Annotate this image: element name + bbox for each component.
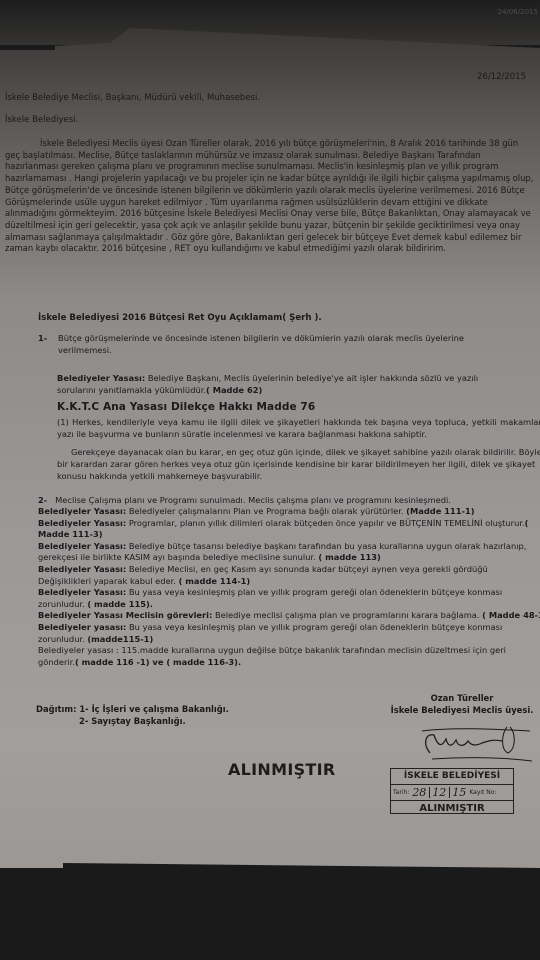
- law-list: Belediyeler Yasası: Belediyeler çalışmal…: [38, 506, 540, 668]
- stamp-reg-label: Kayıt No:: [469, 787, 496, 799]
- stamp-year: 15: [449, 787, 466, 799]
- law-label: Belediyeler Yasası:: [57, 373, 145, 383]
- distribution-label: Dağıtım:: [36, 704, 76, 714]
- received-stamp: ALINMIŞTIR: [228, 764, 336, 776]
- signer-name: Ozan Türeller: [388, 692, 536, 704]
- distribution-item: 1- İç İşleri ve çalışma Bakanlığı.: [79, 704, 228, 714]
- stamp-date-row: Tarih: 28 12 15 Kayıt No:: [391, 785, 513, 801]
- item-text: Meclise Çalışma planı ve Programı sunulm…: [55, 495, 451, 505]
- law-entry: Belediyeler Yasası: Belediye Meclisi, en…: [38, 564, 540, 587]
- law-entry: Belediyeler Yasası: Belediye bütçe tasar…: [38, 541, 540, 564]
- addressee: İskele Belediye Meclisi, Başkanı, Müdürü…: [5, 93, 260, 105]
- law-label: Belediyeler yasası:: [38, 622, 126, 632]
- serh-heading: İskele Belediyesi 2016 Bütçesi Ret Oyu A…: [38, 313, 322, 325]
- law-entry: Belediyeler Yasası Meclisin görevleri: B…: [38, 610, 540, 622]
- stamp-day: 28: [412, 787, 426, 799]
- item-number: 1-: [38, 333, 47, 345]
- signature-icon: [412, 723, 532, 763]
- law-label: Belediyeler Yasası:: [38, 518, 126, 528]
- law-ref: (Madde 111-1): [406, 506, 474, 516]
- law-ref: ( madde 114-1): [179, 576, 251, 586]
- law-madde-62: Belediyeler Yasası: Belediye Başkanı, Me…: [57, 373, 517, 396]
- law-ref: ( madde 113): [318, 552, 380, 562]
- law-label: Belediyeler Yasası Meclisin görevleri:: [38, 610, 212, 620]
- item-text: Bütçe görüşmelerinde ve öncesinde istene…: [58, 333, 508, 356]
- law-label: Belediyeler Yasası:: [38, 506, 126, 516]
- signer-title: İskele Belediyesi Meclis üyesi.: [388, 704, 536, 716]
- municipality-stamp: İSKELE BELEDİYESİ Tarih: 28 12 15 Kayıt …: [390, 768, 514, 814]
- law-label: Belediyeler Yasası:: [38, 541, 126, 551]
- distribution: Dağıtım: 1- İç İşleri ve çalışma Bakanlı…: [36, 703, 229, 728]
- law-label: Belediyeler Yasası:: [38, 564, 126, 574]
- law-text: Programlar, planın yıllık dilimleri olar…: [126, 518, 524, 528]
- item-1: 1- Bütçe görüşmelerinde ve öncesinde ist…: [38, 333, 508, 356]
- item-number: 2-: [38, 495, 47, 505]
- constitution-paragraph-1: (1) Herkes, kendileriyle veya kamu ile i…: [57, 416, 540, 440]
- law-ref: (madde115-1): [87, 634, 153, 644]
- law-ref: ( Madde 48-1: [482, 610, 540, 620]
- constitution-paragraph-2: Gerekçeye dayanacak olan bu karar, en ge…: [57, 446, 540, 483]
- law-entry: Belediyeler yasası : 115.madde kuralları…: [38, 645, 540, 668]
- stamp-bottom: ALINMIŞTIR: [391, 801, 513, 816]
- law-text: Belediyeler çalışmalarını Plan ve Progra…: [126, 506, 406, 516]
- stamp-month: 12: [429, 787, 446, 799]
- law-label: Belediyeler Yasası:: [38, 587, 126, 597]
- signer-block: Ozan Türeller İskele Belediyesi Meclis ü…: [388, 692, 536, 716]
- law-ref: ( madde 116 -1) ve ( madde 116-3).: [75, 657, 241, 667]
- letter: 26/12/2015 İskele Belediye Meclisi, Başk…: [0, 0, 540, 870]
- stamp-title: İSKELE BELEDİYESİ: [391, 769, 513, 785]
- law-entry: Belediyeler yasası: Bu yasa veya kesinle…: [38, 622, 540, 645]
- law-ref: ( Madde 62): [206, 385, 262, 395]
- law-entry: Belediyeler Yasası: Programlar, planın y…: [38, 518, 540, 541]
- intro-paragraph: İskele Belediyesi Meclis üyesi Ozan Türe…: [5, 138, 535, 255]
- constitution-heading: K.K.T.C Ana Yasası Dilekçe Hakkı Madde 7…: [57, 402, 315, 414]
- distribution-item: 2- Sayıştay Başkanlığı.: [36, 715, 229, 727]
- letter-date: 26/12/2015: [477, 72, 526, 84]
- law-entry: Belediyeler Yasası: Belediyeler çalışmal…: [38, 506, 540, 518]
- law-text: Belediye meclisi çalışma plan ve program…: [212, 610, 482, 620]
- stamp-date-label: Tarih:: [393, 787, 409, 799]
- organization: İskele Belediyesi.: [5, 115, 78, 127]
- law-ref: ( madde 115).: [87, 599, 153, 609]
- law-entry: Belediyeler Yasası: Bu yasa veya kesinle…: [38, 587, 540, 610]
- item-2: 2- Meclise Çalışma planı ve Programı sun…: [38, 494, 538, 506]
